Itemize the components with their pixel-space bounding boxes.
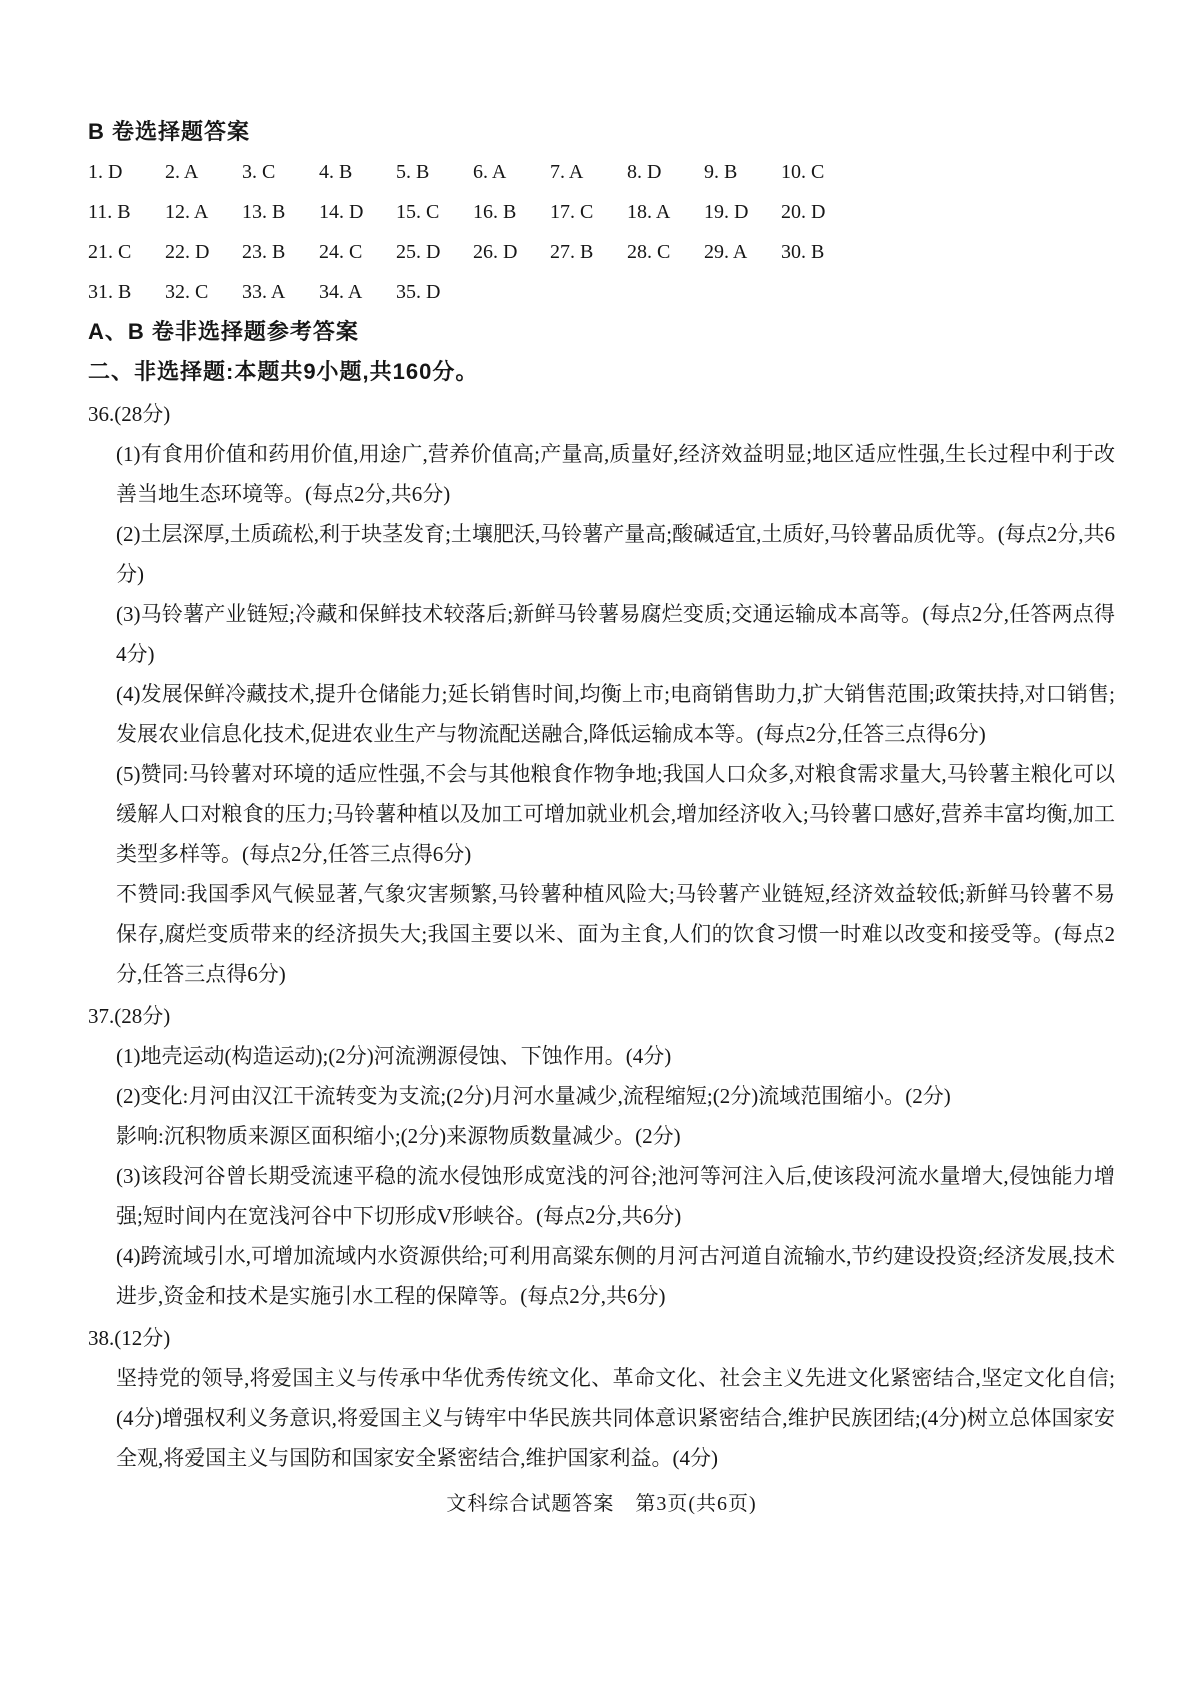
answer-cell: 23. B [242,232,319,272]
answer-paragraph: (2)土层深厚,土质疏松,利于块茎发育;土壤肥沃,马铃薯产量高;酸碱适宜,土质好… [116,514,1115,594]
answer-cell: 21. C [88,232,165,272]
question-37-answers: (1)地壳运动(构造运动);(2分)河流溯源侵蚀、下蚀作用。(4分) (2)变化… [116,1036,1115,1316]
answer-cell: 12. A [165,192,242,232]
answer-cell: 9. B [704,152,781,192]
exam-answer-page: B 卷选择题答案 1. D 2. A 3. C 4. B 5. B 6. A 7… [0,0,1200,1697]
answer-paragraph: 坚持党的领导,将爱国主义与传承中华优秀传统文化、革命文化、社会主义先进文化紧密结… [116,1358,1115,1478]
answer-paragraph: 不赞同:我国季风气候显著,气象灾害频繁,马铃薯种植风险大;马铃薯产业链短,经济效… [116,874,1115,994]
answer-cell: 27. B [550,232,627,272]
answer-cell: 32. C [165,272,242,312]
answer-cell: 3. C [242,152,319,192]
answer-cell: 26. D [473,232,550,272]
answer-paragraph: (5)赞同:马铃薯对环境的适应性强,不会与其他粮食作物争地;我国人口众多,对粮食… [116,754,1115,874]
page-footer: 文科综合试题答案 第3页(共6页) [88,1484,1115,1524]
answer-cell: 20. D [781,192,858,232]
question-number: 37.(28分) [88,996,1115,1036]
subjective-answers-title: A、B 卷非选择题参考答案 [88,312,1115,352]
answer-cell: 29. A [704,232,781,272]
answer-cell: 4. B [319,152,396,192]
answer-cell: 33. A [242,272,319,312]
answer-cell: 31. B [88,272,165,312]
answer-paragraph: (2)变化:月河由汉江干流转变为支流;(2分)月河水量减少,流程缩短;(2分)流… [116,1076,1115,1116]
question-36-answers: (1)有食用价值和药用价值,用途广,营养价值高;产量高,质量好,经济效益明显;地… [116,434,1115,994]
question-number: 38.(12分) [88,1318,1115,1358]
answer-cell: 22. D [165,232,242,272]
answer-paragraph: (3)马铃薯产业链短;冷藏和保鲜技术较落后;新鲜马铃薯易腐烂变质;交通运输成本高… [116,594,1115,674]
answer-cell: 30. B [781,232,858,272]
answer-paragraph: (3)该段河谷曾长期受流速平稳的流水侵蚀形成宽浅的河谷;池河等河注入后,使该段河… [116,1156,1115,1236]
answer-cell: 17. C [550,192,627,232]
question-38-answers: 坚持党的领导,将爱国主义与传承中华优秀传统文化、革命文化、社会主义先进文化紧密结… [116,1358,1115,1478]
answer-cell: 18. A [627,192,704,232]
answer-cell: 5. B [396,152,473,192]
answer-paragraph: (1)地壳运动(构造运动);(2分)河流溯源侵蚀、下蚀作用。(4分) [116,1036,1115,1076]
answer-paragraph: (4)跨流域引水,可增加流域内水资源供给;可利用高粱东侧的月河古河道自流输水,节… [116,1236,1115,1316]
answer-cell: 19. D [704,192,781,232]
answer-cell: 11. B [88,192,165,232]
question-38: 38.(12分) 坚持党的领导,将爱国主义与传承中华优秀传统文化、革命文化、社会… [88,1318,1115,1478]
answer-paragraph: (4)发展保鲜冷藏技术,提升仓储能力;延长销售时间,均衡上市;电商销售助力,扩大… [116,674,1115,754]
answer-cell: 34. A [319,272,396,312]
answer-cell: 10. C [781,152,858,192]
answer-cell: 7. A [550,152,627,192]
answer-cell: 14. D [319,192,396,232]
question-number: 36.(28分) [88,394,1115,434]
answer-cell: 13. B [242,192,319,232]
question-36: 36.(28分) (1)有食用价值和药用价值,用途广,营养价值高;产量高,质量好… [88,394,1115,994]
answer-cell: 16. B [473,192,550,232]
choice-answer-grid: 1. D 2. A 3. C 4. B 5. B 6. A 7. A 8. D … [88,152,1115,312]
section-b-title: B 卷选择题答案 [88,112,1115,152]
answer-cell: 28. C [627,232,704,272]
answer-cell: 35. D [396,272,473,312]
answer-cell: 15. C [396,192,473,232]
question-37: 37.(28分) (1)地壳运动(构造运动);(2分)河流溯源侵蚀、下蚀作用。(… [88,996,1115,1316]
answer-paragraph: 影响:沉积物质来源区面积缩小;(2分)来源物质数量减少。(2分) [116,1116,1115,1156]
answer-cell: 24. C [319,232,396,272]
answer-cell: 25. D [396,232,473,272]
answer-paragraph: (1)有食用价值和药用价值,用途广,营养价值高;产量高,质量好,经济效益明显;地… [116,434,1115,514]
answer-cell: 1. D [88,152,165,192]
answer-cell: 8. D [627,152,704,192]
answer-cell: 6. A [473,152,550,192]
section-two-heading: 二、非选择题:本题共9小题,共160分。 [88,352,1115,392]
answer-cell: 2. A [165,152,242,192]
